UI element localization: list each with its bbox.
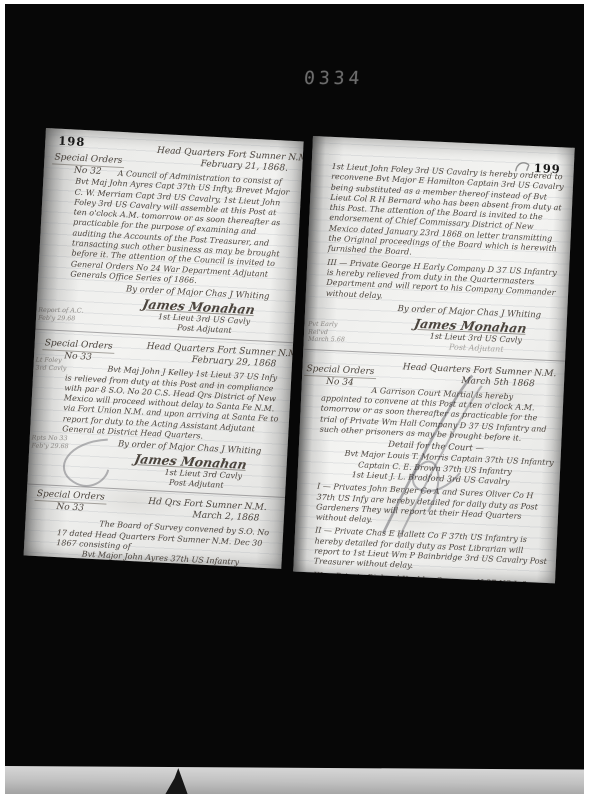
order-label: Special Orders No 33 bbox=[38, 338, 119, 365]
order-entry-mar2: Hd Qrs Fort Sumner N.M. March 2, 1868 Sp… bbox=[24, 485, 285, 569]
film-debris-speck bbox=[163, 768, 197, 794]
film-bottom-strip bbox=[5, 766, 584, 794]
ledger-page-right: 199 Pvt Early Rel'vd March 5.68 1st Lieu… bbox=[293, 136, 575, 583]
order-entry-so33: Head Quarters Fort Sumner N.M. February … bbox=[27, 330, 293, 498]
order-body: Bvt Maj John J Kelley 1st Lieut 37 US In… bbox=[62, 363, 283, 446]
pen-mark bbox=[513, 158, 532, 175]
microfilm-black-field: 0334 198 Report of A.C. Feb'y 29.68 Lt F… bbox=[5, 4, 584, 794]
order-body: 1st Lieut John Foley 3rd US Cavalry is h… bbox=[328, 162, 566, 265]
order-body: A Council of Administration to consist o… bbox=[70, 167, 294, 292]
page-number-right: 199 bbox=[533, 161, 561, 176]
order-entry-so32: Head Quarters Fort Sumner N.M. February … bbox=[35, 128, 303, 343]
page-number-left: 198 bbox=[58, 134, 86, 149]
order-label: Special Orders No 32 bbox=[48, 152, 129, 179]
order-entry-so34: Head Quarters Fort Sumner N.M. March 5th… bbox=[293, 350, 565, 584]
order-label: Special Orders No 33 bbox=[30, 489, 111, 516]
order-body: II — Private Chas E Hallett Co F 37th US… bbox=[313, 526, 549, 578]
microfilm-scan-viewport: { "stamp": "0334", "left_page": { "page_… bbox=[0, 0, 589, 800]
order-label: Special Orders No 34 bbox=[304, 364, 377, 390]
order-body: A Garrison Court Martial is hereby appoi… bbox=[319, 384, 555, 446]
ledger-page-left: 198 Report of A.C. Feb'y 29.68 Lt Foley … bbox=[24, 128, 304, 569]
film-frame-number-stamp: 0334 bbox=[303, 68, 364, 89]
order-body: I — Privates John Berger Co A and Sures … bbox=[315, 482, 551, 534]
